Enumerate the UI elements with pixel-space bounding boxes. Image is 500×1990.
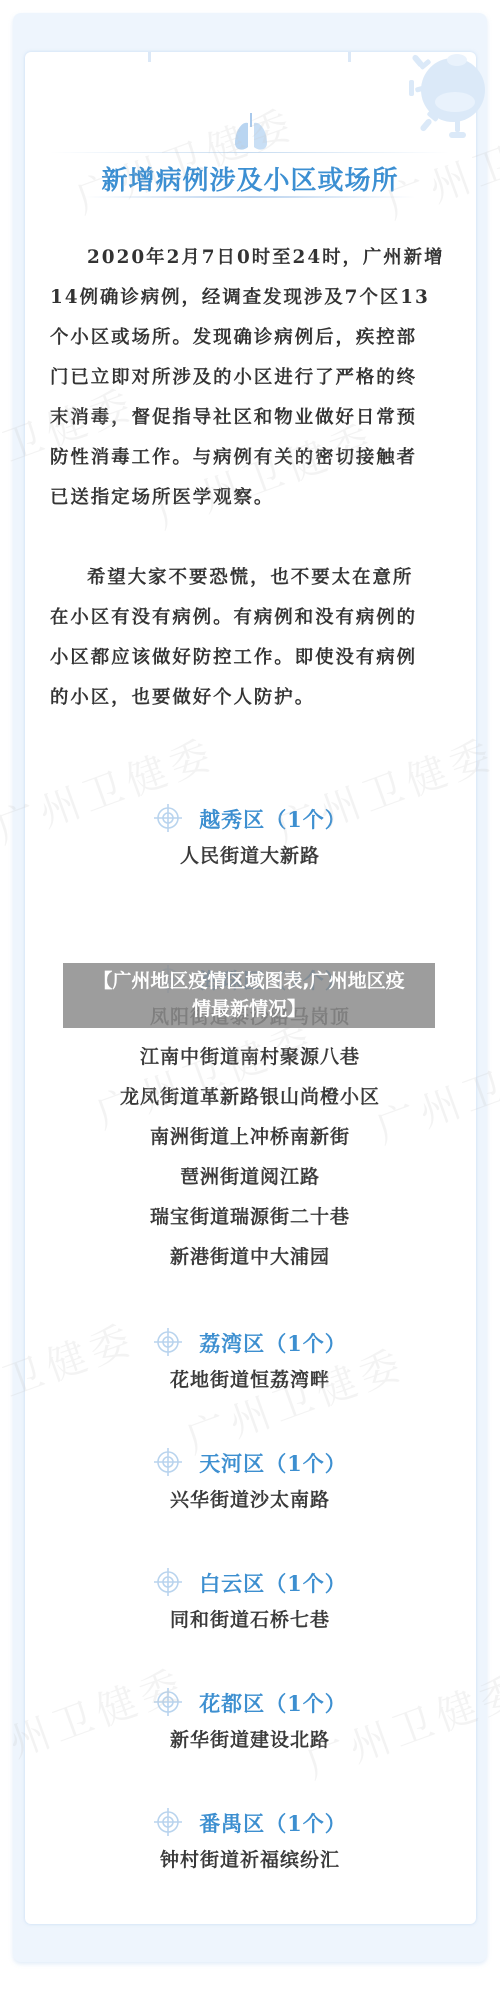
- district-count: （1个）: [265, 1811, 347, 1836]
- district-huadu: 花都区（1个） 新华街道建设北路: [0, 1686, 500, 1760]
- paragraph-line: 末消毒，督促指导社区和物业做好日常预: [50, 398, 450, 438]
- district-name: 荔湾区: [199, 1332, 265, 1356]
- district-name: 花都区: [199, 1692, 265, 1716]
- district-count: （1个）: [265, 1451, 347, 1476]
- paragraph-line: 2020年2月7日0时至24时，广州新增: [50, 238, 450, 278]
- district-tianhe: 天河区（1个） 兴华街道沙太南路: [0, 1446, 500, 1520]
- district-heading: 花都区（1个）: [0, 1686, 500, 1720]
- district-panyu: 番禺区（1个） 钟村街道祈福缤纷汇: [0, 1806, 500, 1880]
- paragraph-line: 个小区或场所。发现确诊病例后，疾控部: [50, 318, 450, 358]
- district-baiyun: 白云区（1个） 同和街道石桥七巷: [0, 1566, 500, 1640]
- target-icon: [153, 1447, 183, 1477]
- district-heading: 越秀区（1个）: [0, 802, 500, 836]
- lungs-icon: [232, 113, 270, 153]
- district-count: （1个）: [265, 1331, 347, 1356]
- street-item: 龙凤街道革新路银山尚橙小区: [0, 1077, 500, 1117]
- district-heading: 番禺区（1个）: [0, 1806, 500, 1840]
- paragraph-line: 防性消毒工作。与病例有关的密切接触者: [50, 438, 450, 478]
- district-heading: 荔湾区（1个）: [0, 1326, 500, 1360]
- paragraph-line: 已送指定场所医学观察。: [50, 478, 450, 518]
- target-icon: [153, 1567, 183, 1597]
- street-item: 琶洲街道阅江路: [0, 1157, 500, 1197]
- street-item: 同和街道石桥七巷: [0, 1600, 500, 1640]
- target-icon: [153, 1807, 183, 1837]
- target-icon: [153, 803, 183, 833]
- street-item: 新华街道建设北路: [0, 1720, 500, 1760]
- title-divider-top: [50, 152, 450, 153]
- street-item: 花地街道恒荔湾畔: [0, 1360, 500, 1400]
- page-title: 新增病例涉及小区或场所: [50, 160, 450, 197]
- district-name: 越秀区: [199, 808, 265, 832]
- target-icon: [153, 1687, 183, 1717]
- paragraph-line: 小区都应该做好防控工作。即使没有病例: [50, 638, 450, 678]
- district-liwan: 荔湾区（1个） 花地街道恒荔湾畔: [0, 1326, 500, 1400]
- paragraph-advice: 希望大家不要恐慌，也不要太在意所 在小区有没有病例。有病例和没有病例的 小区都应…: [50, 558, 450, 718]
- title-divider-bottom: [85, 196, 415, 198]
- street-item: 钟村街道祈福缤纷汇: [0, 1840, 500, 1880]
- street-item: 新港街道中大浦园: [0, 1237, 500, 1277]
- street-item: 江南中街道南村聚源八巷: [0, 1037, 500, 1077]
- district-heading: 天河区（1个）: [0, 1446, 500, 1480]
- paragraph-line: 门已立即对所涉及的小区进行了严格的终: [50, 358, 450, 398]
- street-item: 南洲街道上冲桥南新街: [0, 1117, 500, 1157]
- paragraph-summary: 2020年2月7日0时至24时，广州新增 14例确诊病例，经调查发现涉及7个区1…: [50, 238, 450, 518]
- target-icon: [153, 1327, 183, 1357]
- title-banner: 新增病例涉及小区或场所: [50, 152, 450, 198]
- paragraph-line: 的小区，也要做好个人防护。: [50, 678, 450, 718]
- district-name: 番禺区: [199, 1812, 265, 1836]
- virus-icon: [395, 52, 495, 142]
- street-item: 兴华街道沙太南路: [0, 1480, 500, 1520]
- district-count: （1个）: [265, 1691, 347, 1716]
- district-name: 白云区: [199, 1572, 265, 1596]
- paragraph-line: 在小区有没有病例。有病例和没有病例的: [50, 598, 450, 638]
- district-count: （1个）: [265, 807, 347, 832]
- card-tab-right: [348, 52, 351, 62]
- paragraph-line: 希望大家不要恐慌，也不要太在意所: [50, 558, 450, 598]
- caption-line: 【广州地区疫情区域图表,广州地区疫: [63, 967, 435, 995]
- street-item: 瑞宝街道瑞源街二十巷: [0, 1197, 500, 1237]
- card-tab-left: [148, 52, 151, 62]
- street-item: 人民街道大新路: [0, 836, 500, 876]
- paragraph-line: 14例确诊病例，经调查发现涉及7个区13: [50, 278, 450, 318]
- caption-overlay: 【广州地区疫情区域图表,广州地区疫 情最新情况】: [63, 963, 435, 1028]
- district-yuexiu: 越秀区（1个） 人民街道大新路: [0, 802, 500, 876]
- district-name: 天河区: [199, 1452, 265, 1476]
- caption-line: 情最新情况】: [63, 995, 435, 1023]
- district-heading: 白云区（1个）: [0, 1566, 500, 1600]
- district-count: （1个）: [265, 1571, 347, 1596]
